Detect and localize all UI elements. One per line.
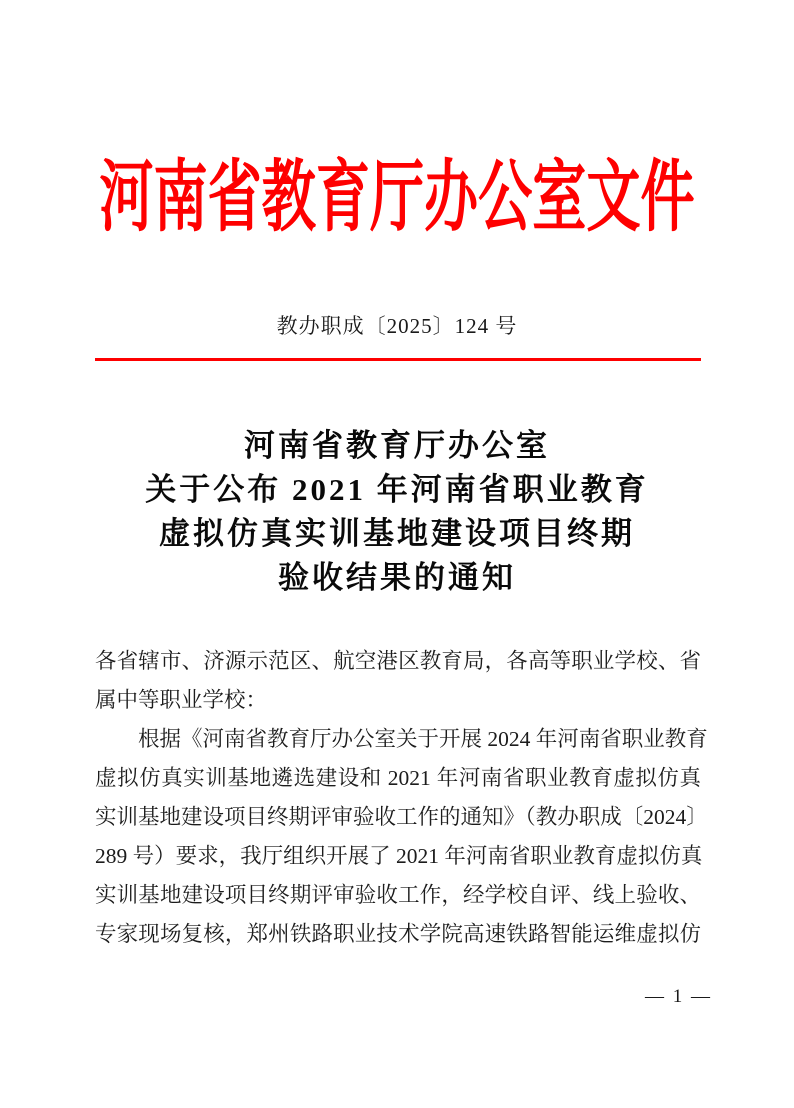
title-line-2: 关于公布 2021 年河南省职业教育 (0, 468, 794, 512)
page-number: — 1 — (645, 986, 712, 1008)
document-number: 教办职成〔2025〕124 号 (0, 310, 794, 340)
document-page: 河南省教育厅办公室文件 教办职成〔2025〕124 号 河南省教育厅办公室 关于… (0, 0, 794, 1108)
body-text: 各省辖市、济源示范区、航空港区教育局，各高等职业学校、省 属中等职业学校： 根据… (95, 642, 701, 954)
body-line-paragraph-1: 根据《河南省教育厅办公室关于开展 2024 年河南省职业教育 (95, 720, 701, 759)
red-divider-rule (95, 358, 701, 361)
body-line-salutation-1: 各省辖市、济源示范区、航空港区教育局，各高等职业学校、省 (95, 642, 701, 681)
body-line-salutation-2: 属中等职业学校： (95, 681, 701, 720)
body-line-paragraph-2: 虚拟仿真实训基地遴选建设和 2021 年河南省职业教育虚拟仿真 (95, 759, 701, 798)
document-title: 河南省教育厅办公室 关于公布 2021 年河南省职业教育 虚拟仿真实训基地建设项… (0, 424, 794, 600)
letterhead-text: 河南省教育厅办公室文件 (99, 160, 694, 238)
body-line-paragraph-4: 289 号）要求，我厅组织开展了 2021 年河南省职业教育虚拟仿真 (95, 837, 701, 876)
title-line-4: 验收结果的通知 (0, 556, 794, 600)
body-line-paragraph-5: 实训基地建设项目终期评审验收工作，经学校自评、线上验收、 (95, 876, 701, 915)
body-line-paragraph-3: 实训基地建设项目终期评审验收工作的通知》（教办职成〔2024〕 (95, 798, 701, 837)
letterhead-banner: 河南省教育厅办公室文件 (0, 160, 794, 226)
title-line-1: 河南省教育厅办公室 (0, 424, 794, 468)
body-line-paragraph-6: 专家现场复核，郑州铁路职业技术学院高速铁路智能运维虚拟仿 (95, 915, 701, 954)
title-line-3: 虚拟仿真实训基地建设项目终期 (0, 512, 794, 556)
